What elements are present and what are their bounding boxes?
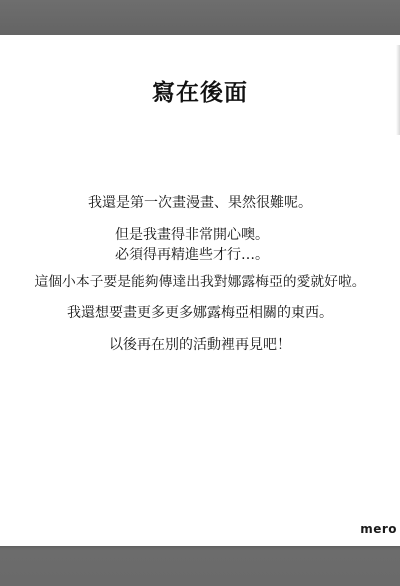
afterword-line-3: 必須得再精進些才行…。 bbox=[115, 245, 269, 265]
afterword-line-4: 這個小本子要是能夠傳達出我對娜露梅亞的愛就好啦。 bbox=[0, 272, 400, 292]
page-title: 寫在後面 bbox=[0, 78, 400, 108]
afterword-line-1: 我還是第一次畫漫畫、果然很難呢。 bbox=[0, 193, 400, 213]
afterword-line-2: 但是我畫得非常開心噢。 bbox=[115, 225, 269, 245]
bottom-scan-border bbox=[0, 546, 400, 586]
top-scan-border bbox=[0, 0, 400, 35]
afterword-paragraph-2: 但是我畫得非常開心噢。 必須得再精進些才行…。 bbox=[115, 225, 269, 265]
afterword-page: 寫在後面 我還是第一次畫漫畫、果然很難呢。 但是我畫得非常開心噢。 必須得再精進… bbox=[0, 35, 400, 546]
author-signature: mero bbox=[360, 522, 397, 536]
afterword-line-5: 我還想要畫更多更多娜露梅亞相關的東西。 bbox=[0, 303, 400, 323]
scanned-page-frame: 寫在後面 我還是第一次畫漫畫、果然很難呢。 但是我畫得非常開心噢。 必須得再精進… bbox=[0, 0, 400, 586]
afterword-line-6: 以後再在別的活動裡再見吧！ bbox=[0, 335, 400, 355]
